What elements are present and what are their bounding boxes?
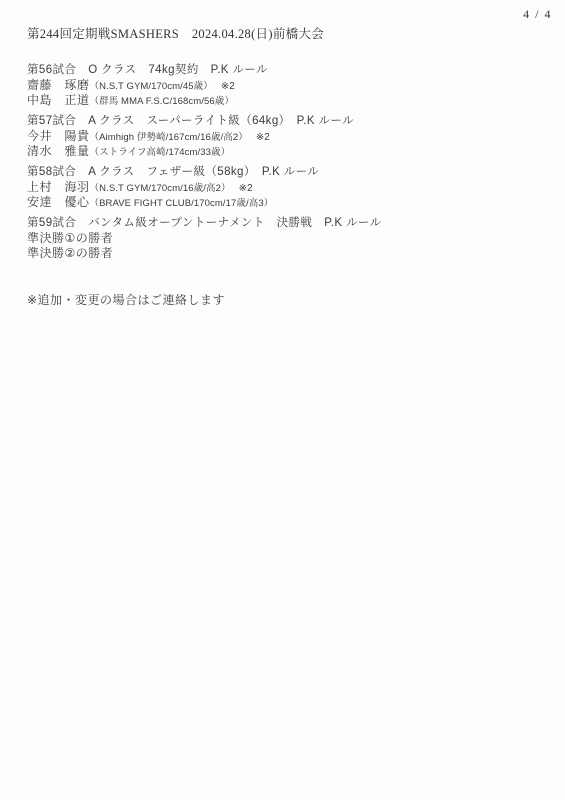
page-number: 4 / 4 [523,7,552,22]
fighter-info: （Aimhigh 伊勢崎/167cm/16歳/高2） [90,132,248,143]
match-block-59: 第59試合 バンタム級オープントーナメント 決勝戦 P.K ルール 準決勝①の勝… [27,216,549,260]
fighter-row: 上村 海羽（N.S.T GYM/170cm/16歳/高2）※2 [27,179,549,194]
fighter-info: （BRAVE FIGHT CLUB/170cm/17歳/高3） [90,198,274,209]
match-heading: 第57試合 A クラス スーパーライト級（64kg） P.K ルール [27,114,549,128]
match-list: 第56試合 O クラス 74kg契約 P.K ルール 齋藤 琢磨（N.S.T G… [27,63,549,308]
match-heading: 第59試合 バンタム級オープントーナメント 決勝戦 P.K ルール [27,216,549,230]
match-block-58: 第58試合 A クラス フェザー級（58kg） P.K ルール 上村 海羽（N.… [27,165,549,209]
fighter-row: 清水 雅量（ストライフ高崎/174cm/33歳） [27,143,549,158]
fighter-row: 準決勝①の勝者 [27,230,549,245]
fighter-info: （N.S.T GYM/170cm/45歳） [90,81,213,92]
fighter-note: ※2 [221,81,235,92]
document-page: 4 / 4 第244回定期戦SMASHERS 2024.04.28(日)前橋大会… [0,0,565,800]
fighter-name: 準決勝②の勝者 [27,246,113,260]
match-block-57: 第57試合 A クラス スーパーライト級（64kg） P.K ルール 今井 陽貴… [27,114,549,158]
document-title: 第244回定期戦SMASHERS 2024.04.28(日)前橋大会 [27,24,324,42]
fighter-row: 準決勝②の勝者 [27,245,549,260]
fighter-row: 安達 優心（BRAVE FIGHT CLUB/170cm/17歳/高3） [27,194,549,209]
fighter-name: 齋藤 琢磨 [27,78,90,92]
footer-note: ※追加・変更の場合はご連絡します [27,291,549,308]
fighter-name: 準決勝①の勝者 [27,231,113,245]
match-heading: 第58試合 A クラス フェザー級（58kg） P.K ルール [27,165,549,179]
fighter-info: （N.S.T GYM/170cm/16歳/高2） [90,183,231,194]
fighter-name: 今井 陽貴 [27,129,90,143]
fighter-note: ※2 [239,183,253,194]
fighter-row: 齋藤 琢磨（N.S.T GYM/170cm/45歳）※2 [27,77,549,92]
fighter-name: 安達 優心 [27,195,90,209]
fighter-name: 清水 雅量 [27,144,90,158]
fighter-info: （ストライフ高崎/174cm/33歳） [90,147,231,158]
match-heading: 第56試合 O クラス 74kg契約 P.K ルール [27,63,549,77]
fighter-row: 中島 正道（群馬 MMA F.S.C/168cm/56歳） [27,92,549,107]
match-block-56: 第56試合 O クラス 74kg契約 P.K ルール 齋藤 琢磨（N.S.T G… [27,63,549,107]
fighter-row: 今井 陽貴（Aimhigh 伊勢崎/167cm/16歳/高2）※2 [27,128,549,143]
fighter-info: （群馬 MMA F.S.C/168cm/56歳） [90,96,234,107]
fighter-name: 中島 正道 [27,93,90,107]
fighter-note: ※2 [256,132,270,143]
fighter-name: 上村 海羽 [27,180,90,194]
